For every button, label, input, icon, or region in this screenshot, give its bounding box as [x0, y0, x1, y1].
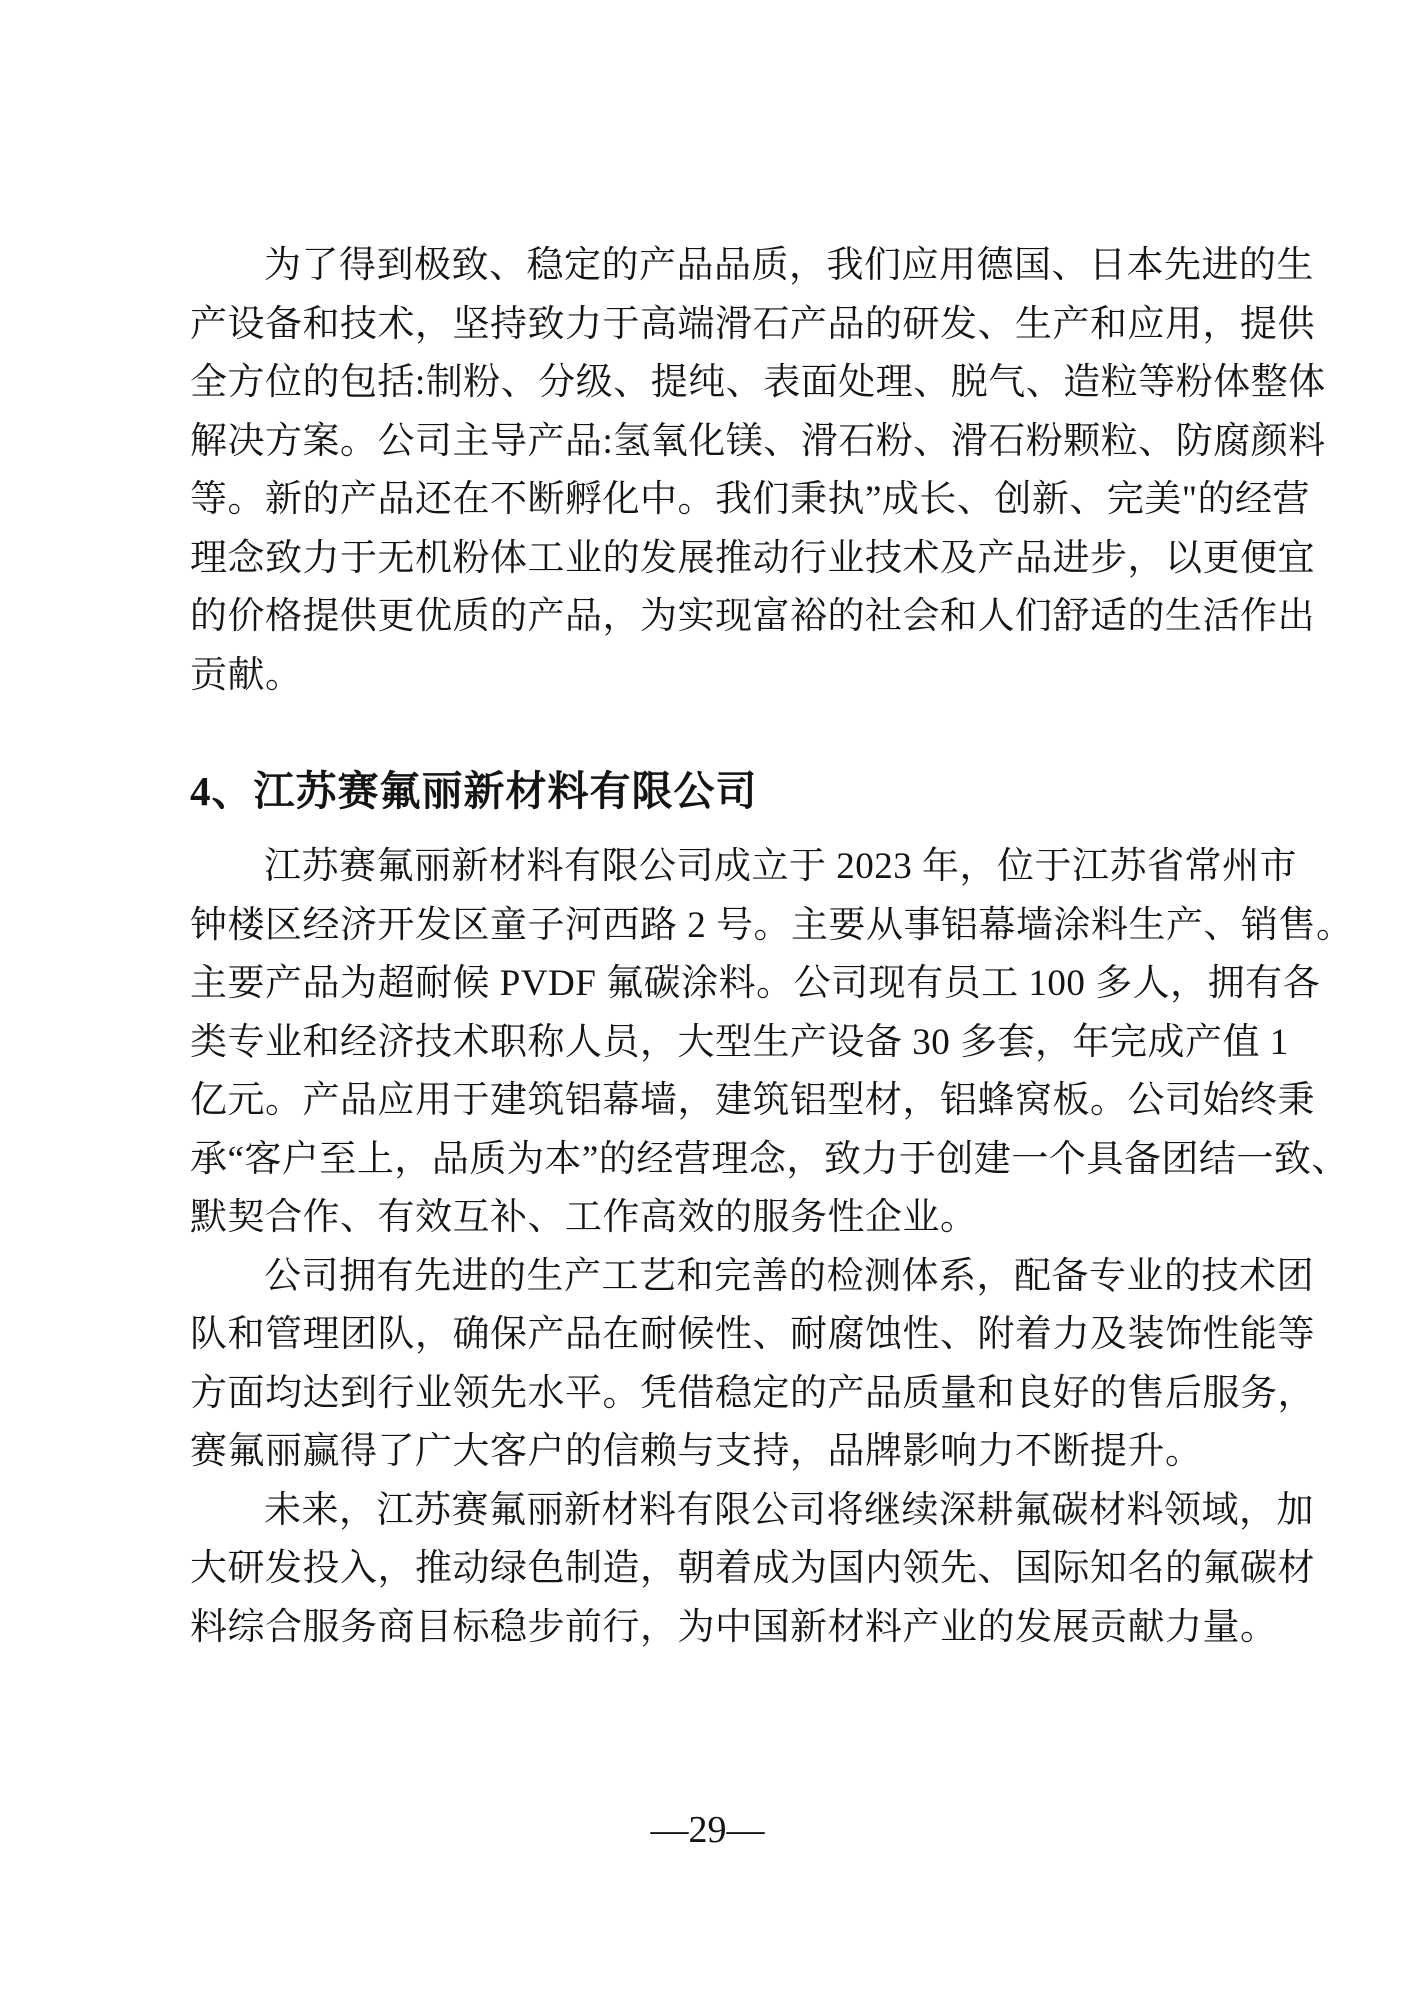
paragraph-4: 未来，江苏赛氟丽新材料有限公司将继续深耕氟碳材料领域，加 大研发投入，推动绿色制…	[190, 1482, 1236, 1658]
paragraph-line: 默契合作、有效互补、工作高效的服务性企业。	[190, 1189, 1236, 1248]
paragraph-line: 的价格提供更优质的产品，为实现富裕的社会和人们舒适的生活作出	[190, 588, 1236, 647]
paragraph-line: 大研发投入，推动绿色制造，朝着成为国内领先、国际知名的氟碳材	[190, 1540, 1236, 1599]
paragraph-1: 为了得到极致、稳定的产品品质，我们应用德国、日本先进的生 产设备和技术，坚持致力…	[190, 237, 1236, 705]
paragraph-line: 未来，江苏赛氟丽新材料有限公司将继续深耕氟碳材料领域，加	[190, 1482, 1236, 1541]
paragraph-line: 贡献。	[190, 647, 1236, 706]
paragraph-line: 江苏赛氟丽新材料有限公司成立于 2023 年，位于江苏省常州市	[190, 838, 1236, 897]
paragraph-line: 公司拥有先进的生产工艺和完善的检测体系，配备专业的技术团	[190, 1248, 1236, 1307]
paragraph-line: 解决方案。公司主导产品:氢氧化镁、滑石粉、滑石粉颗粒、防腐颜料	[190, 413, 1236, 472]
page-content: 为了得到极致、稳定的产品品质，我们应用德国、日本先进的生 产设备和技术，坚持致力…	[190, 237, 1236, 1657]
paragraph-line: 料综合服务商目标稳步前行，为中国新材料产业的发展贡献力量。	[190, 1599, 1236, 1658]
paragraph-line: 钟楼区经济开发区童子河西路 2 号。主要从事铝幕墙涂料生产、销售。	[190, 897, 1236, 956]
page-number: —29—	[0, 1806, 1415, 1854]
paragraph-line: 类专业和经济技术职称人员，大型生产设备 30 多套，年完成产值 1	[190, 1014, 1236, 1073]
paragraph-line: 方面均达到行业领先水平。凭借稳定的产品质量和良好的售后服务，	[190, 1365, 1236, 1424]
paragraph-line: 队和管理团队，确保产品在耐候性、耐腐蚀性、附着力及装饰性能等	[190, 1306, 1236, 1365]
paragraph-line: 赛氟丽赢得了广大客户的信赖与支持，品牌影响力不断提升。	[190, 1423, 1236, 1482]
paragraph-line: 主要产品为超耐候 PVDF 氟碳涂料。公司现有员工 100 多人，拥有各	[190, 955, 1236, 1014]
paragraph-2: 江苏赛氟丽新材料有限公司成立于 2023 年，位于江苏省常州市 钟楼区经济开发区…	[190, 838, 1236, 1248]
paragraph-line: 为了得到极致、稳定的产品品质，我们应用德国、日本先进的生	[190, 237, 1236, 296]
document-page: 为了得到极致、稳定的产品品质，我们应用德国、日本先进的生 产设备和技术，坚持致力…	[0, 0, 1415, 2000]
paragraph-3: 公司拥有先进的生产工艺和完善的检测体系，配备专业的技术团 队和管理团队，确保产品…	[190, 1248, 1236, 1482]
paragraph-line: 理念致力于无机粉体工业的发展推动行业技术及产品进步，以更便宜	[190, 530, 1236, 589]
paragraph-line: 亿元。产品应用于建筑铝幕墙，建筑铝型材，铝蜂窝板。公司始终秉	[190, 1072, 1236, 1131]
section-heading: 4、江苏赛氟丽新材料有限公司	[190, 760, 1236, 822]
paragraph-line: 等。新的产品还在不断孵化中。我们秉执”成长、创新、完美"的经营	[190, 471, 1236, 530]
paragraph-line: 承“客户至上，品质为本”的经营理念，致力于创建一个具备团结一致、	[190, 1131, 1236, 1190]
paragraph-line: 全方位的包括:制粉、分级、提纯、表面处理、脱气、造粒等粉体整体	[190, 354, 1236, 413]
paragraph-line: 产设备和技术，坚持致力于高端滑石产品的研发、生产和应用，提供	[190, 296, 1236, 355]
